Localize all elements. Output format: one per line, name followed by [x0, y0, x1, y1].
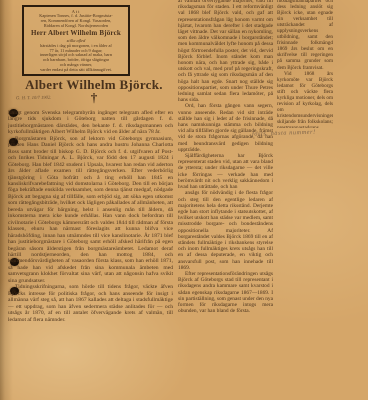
- obituary-paragraph: Enligt genom Svenska telegrambyrån ingån…: [8, 110, 173, 136]
- obituary-paragraph: Efter representationsförändringen utsågs…: [178, 271, 273, 314]
- death-notice-box: Att Kaptenen Tonnes, f. d. Justitie-Borg…: [22, 5, 130, 76]
- memorial-cross-icon: †: [84, 91, 104, 105]
- obituary-paragraph: Själffärdigheterna har Björck represente…: [178, 153, 273, 190]
- obituary-paragraph: af valmän öfvertygande majoritet, vald t…: [178, 0, 273, 103]
- obituary-middle-column: af valmän öfvertygande majoritet, vald t…: [178, 0, 273, 400]
- obituary-paragraph: Vid 1868 års kyrkomöte var Björck ledamo…: [277, 71, 333, 128]
- notice-place-date: Göteborg den 10 Juli 1902.: [27, 73, 125, 76]
- obituary-left-column: Enligt genom Svenska telegrambyrån ingån…: [8, 110, 173, 400]
- deceased-name: Herr Albert Wilhelm Björck: [27, 29, 125, 39]
- clipping-source-date-note: G. H. T. 10/7 1902.: [16, 95, 51, 101]
- obituary-paragraph: Borgmästaren Björck, son af lektorn vid …: [8, 136, 173, 284]
- obituary-paragraph: riksdagsmannapartiet och dess ledning an…: [277, 0, 333, 71]
- obituary-right-column: riksdagsmannapartiet och dess ledning an…: [277, 0, 333, 128]
- scanned-newspaper-clipping: Att Kaptenen Tonnes, f. d. Justitie-Borg…: [0, 0, 368, 400]
- obituary-paragraph: ansågs för nödvändig i de flesta frågor …: [178, 190, 273, 271]
- obituary-paragraph: Ord, han första gången vann segern, vunn…: [178, 103, 273, 153]
- obituary-paragraph: Tidningsskrifningarna, som hörde till ti…: [8, 284, 173, 323]
